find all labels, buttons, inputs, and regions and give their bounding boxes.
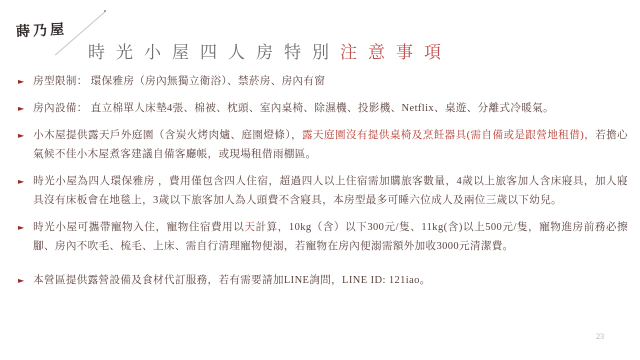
text-segment: 小木屋提供露天戶外庭園（含炭火烤肉爐、庭園燈條）， [33,130,302,141]
bullet-marker-icon: ► [18,218,24,256]
presentation-slide: 蒔乃屋 時光小屋四人房特別注意事項 ►房型限制： 環保雅房（房內無獨立衛浴）、禁… [0,0,640,360]
bullet-item: ►小木屋提供露天戶外庭園（含炭火烤肉爐、庭園燈條），露天庭園沒有提供桌椅及烹飪器… [18,126,628,164]
text-segment: 本營區提供露營設備及食材代訂服務，若有需要請加LINE詢問，LINE ID: 1… [33,275,431,286]
bullet-marker-icon: ► [18,99,24,118]
text-segment-highlight: 天 [244,222,255,233]
bullet-item: ►房型限制： 環保雅房（房內無獨立衛浴）、禁菸房、房內有窗 [18,72,628,91]
bullet-item: ►時光小屋可攜帶寵物入住，寵物住宿費用以天計算，10kg（含）以下300元/隻、… [18,218,628,256]
text-segment: 房型限制： 環保雅房（房內無獨立衛浴）、禁菸房、房內有窗 [33,76,325,87]
text-segment: 時光小屋為四人環保雅房 ，費用僅包含四人住宿，超過四人以上住宿需加購旅客數量，4… [33,176,628,206]
bullet-text: 時光小屋可攜帶寵物入住，寵物住宿費用以天計算，10kg（含）以下300元/隻、1… [33,218,628,256]
bullet-text: 小木屋提供露天戶外庭園（含炭火烤肉爐、庭園燈條），露天庭園沒有提供桌椅及烹飪器具… [33,126,628,164]
logo: 蒔乃屋 [16,19,68,42]
bullet-marker-icon: ► [18,72,24,91]
text-segment: 房內設備： 直立棉單人床墊4張、棉被、枕頭、室內桌椅、除濕機、投影機、Netfl… [33,103,554,114]
bullet-item: ►時光小屋為四人環保雅房 ，費用僅包含四人住宿，超過四人以上住宿需加購旅客數量，… [18,172,628,210]
text-segment: 時光小屋可攜帶寵物入住，寵物住宿費用以 [33,222,244,233]
bullet-marker-icon: ► [18,271,24,290]
bullet-text: 房型限制： 環保雅房（房內無獨立衛浴）、禁菸房、房內有窗 [33,72,325,91]
page-number: 23 [596,332,604,341]
bullet-list: ►房型限制： 環保雅房（房內無獨立衛浴）、禁菸房、房內有窗►房內設備： 直立棉單… [18,72,628,298]
bullet-text: 本營區提供露營設備及食材代訂服務，若有需要請加LINE詢問，LINE ID: 1… [33,271,431,290]
bullet-item: ►本營區提供露營設備及食材代訂服務，若有需要請加LINE詢問，LINE ID: … [18,271,628,290]
logo-dot-decoration [104,10,106,12]
bullet-text: 房內設備： 直立棉單人床墊4張、棉被、枕頭、室內桌椅、除濕機、投影機、Netfl… [33,99,554,118]
bullet-marker-icon: ► [18,126,24,164]
bullet-text: 時光小屋為四人環保雅房 ，費用僅包含四人住宿，超過四人以上住宿需加購旅客數量，4… [33,172,628,210]
text-segment-highlight: 露天庭園沒有提供桌椅及烹飪器具(需自備或是跟營地租借)， [302,130,595,141]
page-title-emphasis: 注意事項 [340,43,452,62]
page-title: 時光小屋四人房特別注意事項 [88,38,452,63]
bullet-item: ►房內設備： 直立棉單人床墊4張、棉被、枕頭、室內桌椅、除濕機、投影機、Netf… [18,99,628,118]
bullet-marker-icon: ► [18,172,24,210]
page-title-normal: 時光小屋四人房特別 [88,43,340,62]
